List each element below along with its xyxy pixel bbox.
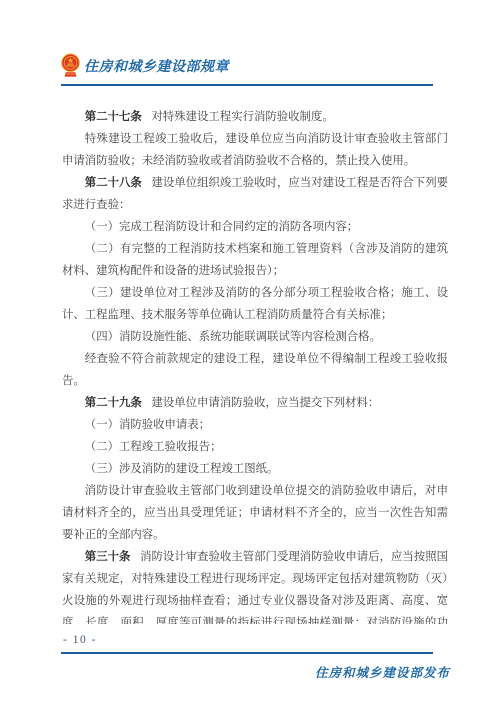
paragraph: 经查验不符合前款规定的建设工程，建设单位不得编制工程竣工验收报告。 xyxy=(62,348,448,392)
paragraph-item-4: （四）消防设施性能、系统功能联调联试等内容检测合格。 xyxy=(62,326,448,348)
paragraph-article-29: 第二十九条建设单位申请消防验收，应当提交下列材料： xyxy=(62,392,448,414)
article-number: 第二十七条 xyxy=(85,111,142,123)
paragraph-text: （三）涉及消防的建设工程竣工图纸。 xyxy=(85,463,279,475)
paragraph-text: （一）完成工程消防设计和合同约定的消防各项内容； xyxy=(85,221,358,233)
paragraph-text: （二）有完整的工程消防技术档案和施工管理资料（含涉及消防的建筑材料、建筑构配件和… xyxy=(62,243,448,277)
paragraph-text: 消防设计审查验收主管部门收到建设单位提交的消防验收申请后，对申请材料齐全的，应当… xyxy=(62,485,448,541)
page-title: 住房和城乡建设部规章 xyxy=(84,56,229,76)
paragraph-text: （一）消防验收申请表； xyxy=(85,419,210,431)
paragraph-text: 建设单位申请消防验收，应当提交下列材料： xyxy=(151,397,379,409)
paragraph-item-3: （三）建设单位对工程涉及消防的各分部分项工程验收合格；施工、设计、工程监理、技术… xyxy=(62,282,448,326)
article-number: 第二十八条 xyxy=(85,177,142,189)
paragraph-item-1: （一）完成工程消防设计和合同约定的消防各项内容； xyxy=(62,216,448,238)
paragraph-article-27: 第二十七条对特殊建设工程实行消防验收制度。 xyxy=(62,106,448,128)
footer-rule xyxy=(61,652,433,654)
paragraph-item-2: （二）有完整的工程消防技术档案和施工管理资料（含涉及消防的建筑材料、建筑构配件和… xyxy=(62,238,448,282)
china-national-emblem-icon xyxy=(61,53,80,79)
publisher-label: 住房和城乡建设部发布 xyxy=(315,663,450,681)
header-rule xyxy=(61,84,433,86)
paragraph-article-28: 第二十八条建设单位组织竣工验收时，应当对建设工程是否符合下列要求进行查验： xyxy=(62,172,448,216)
article-number: 第三十条 xyxy=(85,551,131,563)
paragraph-item-2: （二）工程竣工验收报告； xyxy=(62,436,448,458)
paragraph-text: 经查验不符合前款规定的建设工程，建设单位不得编制工程竣工验收报告。 xyxy=(62,353,448,387)
document-page: 住房和城乡建设部规章 第二十七条对特殊建设工程实行消防验收制度。 特殊建设工程竣… xyxy=(0,0,500,707)
paragraph-text: 对特殊建设工程实行消防验收制度。 xyxy=(151,111,333,123)
paragraph-article-30: 第三十条消防设计审查验收主管部门受理消防验收申请后，应当按照国家有关规定，对特殊… xyxy=(62,546,448,624)
paragraph-item-1: （一）消防验收申请表； xyxy=(62,414,448,436)
paragraph-text: 特殊建设工程竣工验收后，建设单位应当向消防设计审查验收主管部门申请消防验收；未经… xyxy=(62,133,448,167)
document-body: 第二十七条对特殊建设工程实行消防验收制度。 特殊建设工程竣工验收后，建设单位应当… xyxy=(62,106,448,624)
paragraph-text: （四）消防设施性能、系统功能联调联试等内容检测合格。 xyxy=(85,331,381,343)
paragraph: 消防设计审查验收主管部门收到建设单位提交的消防验收申请后，对申请材料齐全的，应当… xyxy=(62,480,448,546)
paragraph-item-3: （三）涉及消防的建设工程竣工图纸。 xyxy=(62,458,448,480)
paragraph: 特殊建设工程竣工验收后，建设单位应当向消防设计审查验收主管部门申请消防验收；未经… xyxy=(62,128,448,172)
page-number: - 10 - xyxy=(63,634,97,646)
paragraph-text: （二）工程竣工验收报告； xyxy=(85,441,222,453)
article-number: 第二十九条 xyxy=(85,397,142,409)
paragraph-text: （三）建设单位对工程涉及消防的各分部分项工程验收合格；施工、设计、工程监理、技术… xyxy=(62,287,448,321)
